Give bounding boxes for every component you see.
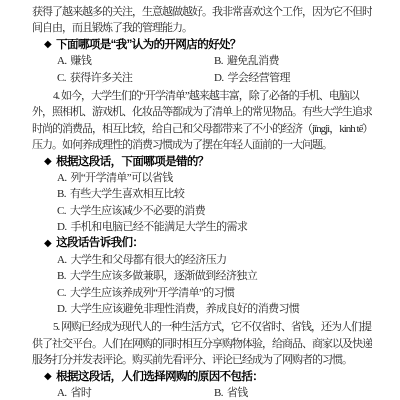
option-key: A. <box>57 387 67 399</box>
paragraph-line: 服务打分并发表评论。购买前先看评分、评论已经成为了网购者的习惯。 <box>32 352 372 368</box>
option-text: 列“开学清单”可以省钱 <box>71 172 173 184</box>
option-text: 获得许多关注 <box>70 72 132 84</box>
option-A: A.列“开学清单”可以省钱 <box>57 170 173 186</box>
option-text: 省时 <box>71 387 92 399</box>
paragraph-line: 外，照相机、游戏机、化妆品等都成为了清单上的常见物品。有些大学生追求 <box>32 104 372 120</box>
option-key: B. <box>214 55 223 67</box>
options-row: B.有些大学生喜欢相互比较 <box>32 186 372 202</box>
option-D: D.手机和电脑已经不能满足大学生的需求 <box>57 219 247 235</box>
question-prompt: ◆根据这段话，下面哪项是错的？ <box>32 154 372 170</box>
option-key: A. <box>57 254 67 266</box>
option-text: 大学生应该多做兼职，逐渐做到经济独立 <box>70 270 257 282</box>
options-row: C.大学生应该养成列“开学清单”的习惯 <box>32 285 372 301</box>
paragraph-line: 获得了越来越多的关注，生意越做越好。我非常喜欢这个工作，因为它不但时 <box>32 4 372 20</box>
exam-page: 获得了越来越多的关注，生意越做越好。我非常喜欢这个工作，因为它不但时间自由，而且… <box>0 0 400 400</box>
paragraph-line: 4. 如今，大学生们的“开学清单”越来越丰富，除了必备的手机、电脑以 <box>32 88 372 104</box>
paragraph-line: 间自由，而且锻炼了我的管理能力。 <box>32 20 372 36</box>
option-D: D.大学生应该避免非理性消费，养成良好的消费习惯 <box>57 301 299 317</box>
paragraph-line: 时尚的消费品，相互比较，给自己和父母都带来了不小的经济（jīngjì，kinh … <box>32 121 372 137</box>
option-B: B.省钱 <box>214 385 248 400</box>
option-key: C. <box>57 205 66 217</box>
paragraph: 4. 如今，大学生们的“开学清单”越来越丰富，除了必备的手机、电脑以外，照相机、… <box>32 88 372 154</box>
option-B: B.大学生应该多做兼职，逐渐做到经济独立 <box>57 268 257 284</box>
question-label: 这段话告诉我们： <box>56 237 143 249</box>
option-text: 避免乱消费 <box>227 55 279 67</box>
options-row: B.大学生应该多做兼职，逐渐做到经济独立 <box>32 268 372 284</box>
diamond-bullet-icon: ◆ <box>44 371 51 382</box>
option-A: A.赚钱 <box>57 53 214 69</box>
option-B: B.避免乱消费 <box>214 53 279 69</box>
option-text: 大学生应该减少不必要的消费 <box>70 205 205 217</box>
option-key: C. <box>57 72 66 84</box>
option-key: D. <box>214 72 224 84</box>
question-label: 根据这段话，下面哪项是错的？ <box>56 156 209 168</box>
options-row: C.获得许多关注D.学会经营管理 <box>32 70 372 86</box>
options-row: A.省时B.省钱 <box>32 385 372 400</box>
option-text: 学会经营管理 <box>228 72 290 84</box>
question-prompt: ◆这段话告诉我们： <box>32 235 372 251</box>
option-C: C.获得许多关注 <box>57 70 214 86</box>
question-label: 根据这段话，人们选择网购的原因不包括： <box>56 371 263 383</box>
options-row: C.大学生应该减少不必要的消费 <box>32 203 372 219</box>
options-row: D.手机和电脑已经不能满足大学生的需求 <box>32 219 372 235</box>
option-C: C.大学生应该减少不必要的消费 <box>57 203 205 219</box>
paragraph-line: 5. 网购已经成为现代人的一种生活方式，它不仅省时、省钱，还为人们提 <box>32 319 372 335</box>
paragraph: 获得了越来越多的关注，生意越做越好。我非常喜欢这个工作，因为它不但时间自由，而且… <box>32 4 372 37</box>
options-row: D.大学生应该避免非理性消费，养成良好的消费习惯 <box>32 301 372 317</box>
option-key: C. <box>57 287 66 299</box>
option-text: 手机和电脑已经不能满足大学生的需求 <box>71 221 248 233</box>
diamond-bullet-icon: ◆ <box>44 238 51 249</box>
option-text: 有些大学生喜欢相互比较 <box>70 188 184 200</box>
option-key: B. <box>57 188 66 200</box>
option-D: D.学会经营管理 <box>214 70 290 86</box>
paragraph: 5. 网购已经成为现代人的一种生活方式，它不仅省时、省钱，还为人们提供了社交平台… <box>32 319 372 368</box>
option-text: 省钱 <box>227 387 248 399</box>
question-label: 下面哪项是“我”认为的开网店的好处？ <box>56 39 241 51</box>
option-key: D. <box>57 303 67 315</box>
option-key: A. <box>57 55 67 67</box>
option-key: B. <box>57 270 66 282</box>
option-key: B. <box>214 387 223 399</box>
options-row: A.赚钱B.避免乱消费 <box>32 53 372 69</box>
option-A: A.大学生和父母都有很大的经济压力 <box>57 252 227 268</box>
option-key: D. <box>57 221 67 233</box>
option-text: 大学生应该养成列“开学清单”的习惯 <box>70 287 235 299</box>
diamond-bullet-icon: ◆ <box>44 39 51 50</box>
question-prompt: ◆下面哪项是“我”认为的开网店的好处？ <box>32 37 372 53</box>
diamond-bullet-icon: ◆ <box>44 156 51 167</box>
options-row: A.列“开学清单”可以省钱 <box>32 170 372 186</box>
option-A: A.省时 <box>57 385 214 400</box>
option-B: B.有些大学生喜欢相互比较 <box>57 186 184 202</box>
paragraph-line: 压力。如何养成理性的消费习惯成为了摆在年轻人面前的一大问题。 <box>32 137 372 153</box>
exam-content: 获得了越来越多的关注，生意越做越好。我非常喜欢这个工作，因为它不但时间自由，而且… <box>32 4 372 400</box>
option-text: 大学生和父母都有很大的经济压力 <box>71 254 227 266</box>
paragraph-line: 供了社交平台。人们在网购的同时相互分享购物体验，给商品、商家以及快递 <box>32 336 372 352</box>
question-prompt: ◆根据这段话，人们选择网购的原因不包括： <box>32 369 372 385</box>
options-row: A.大学生和父母都有很大的经济压力 <box>32 252 372 268</box>
option-key: A. <box>57 172 67 184</box>
option-text: 赚钱 <box>71 55 92 67</box>
option-text: 大学生应该避免非理性消费，养成良好的消费习惯 <box>71 303 300 315</box>
option-C: C.大学生应该养成列“开学清单”的习惯 <box>57 285 234 301</box>
